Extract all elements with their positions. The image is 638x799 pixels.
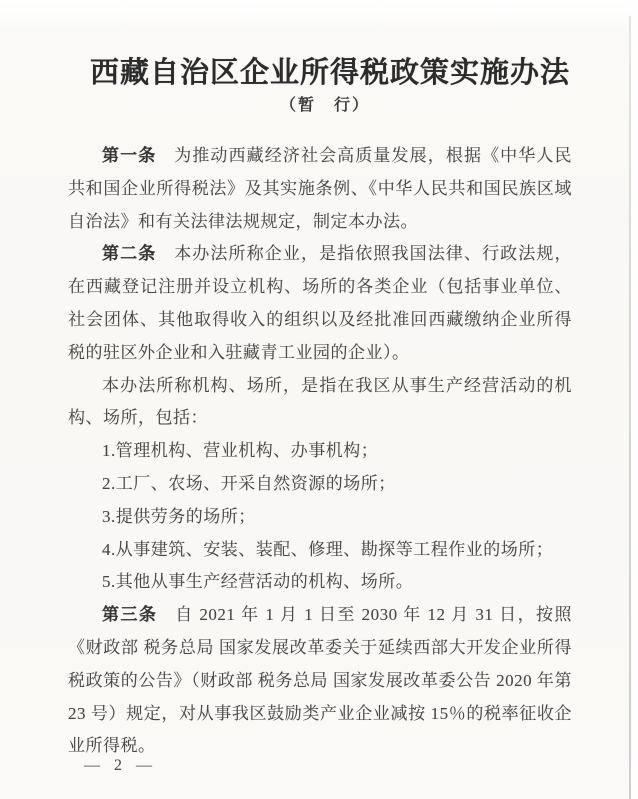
list-item-1: 1.管理机构、营业机构、办事机构； — [68, 435, 572, 468]
definition-text: 本办法所称机构、场所，是指在我区从事生产经营活动的机构、场所，包括： — [68, 376, 572, 428]
article-3-label: 第三条 — [102, 605, 157, 624]
article-2-label: 第二条 — [102, 244, 156, 263]
document-body: 第一条为推动西藏经济社会高质量发展，根据《中华人民共和国企业所得税法》及其实施条… — [68, 140, 572, 763]
list-item-5: 5.其他从事生产经营活动的机构、场所。 — [68, 566, 572, 599]
page-edge-gutter — [631, 0, 638, 799]
list-item-2-text: 2.工厂、农场、开采自然资源的场所； — [102, 474, 396, 493]
list-item-3-text: 3.提供劳务的场所； — [102, 507, 256, 526]
article-3-text: 自 2021 年 1 月 1 日至 2030 年 12 月 31 日，按照《财政… — [68, 605, 572, 755]
article-1-label: 第一条 — [102, 146, 156, 165]
scanned-document-page: 西藏自治区企业所得税政策实施办法 （暂 行） 第一条为推动西藏经济社会高质量发展… — [0, 0, 638, 799]
list-item-2: 2.工厂、农场、开采自然资源的场所； — [68, 468, 572, 501]
definition-paragraph: 本办法所称机构、场所，是指在我区从事生产经营活动的机构、场所，包括： — [68, 370, 572, 436]
article-3-paragraph: 第三条自 2021 年 1 月 1 日至 2030 年 12 月 31 日，按照… — [68, 599, 572, 763]
article-1-paragraph: 第一条为推动西藏经济社会高质量发展，根据《中华人民共和国企业所得税法》及其实施条… — [68, 140, 572, 238]
list-item-4: 4.从事建筑、安装、装配、修理、勘探等工程作业的场所； — [68, 534, 572, 567]
list-item-5-text: 5.其他从事生产经营活动的机构、场所。 — [102, 572, 413, 591]
page-number: — 2 — — [84, 757, 157, 775]
list-item-4-text: 4.从事建筑、安装、装配、修理、勘探等工程作业的场所； — [102, 540, 553, 559]
document-title: 西藏自治区企业所得税政策实施办法 — [90, 50, 560, 91]
article-2-paragraph: 第二条本办法所称企业，是指依照我国法律、行政法规，在西藏登记注册并设立机构、场所… — [68, 238, 572, 369]
list-item-3: 3.提供劳务的场所； — [68, 501, 572, 534]
document-subtitle: （暂 行） — [90, 92, 560, 115]
page-edge-shadow-line — [629, 16, 631, 799]
list-item-1-text: 1.管理机构、营业机构、办事机构； — [102, 441, 378, 460]
